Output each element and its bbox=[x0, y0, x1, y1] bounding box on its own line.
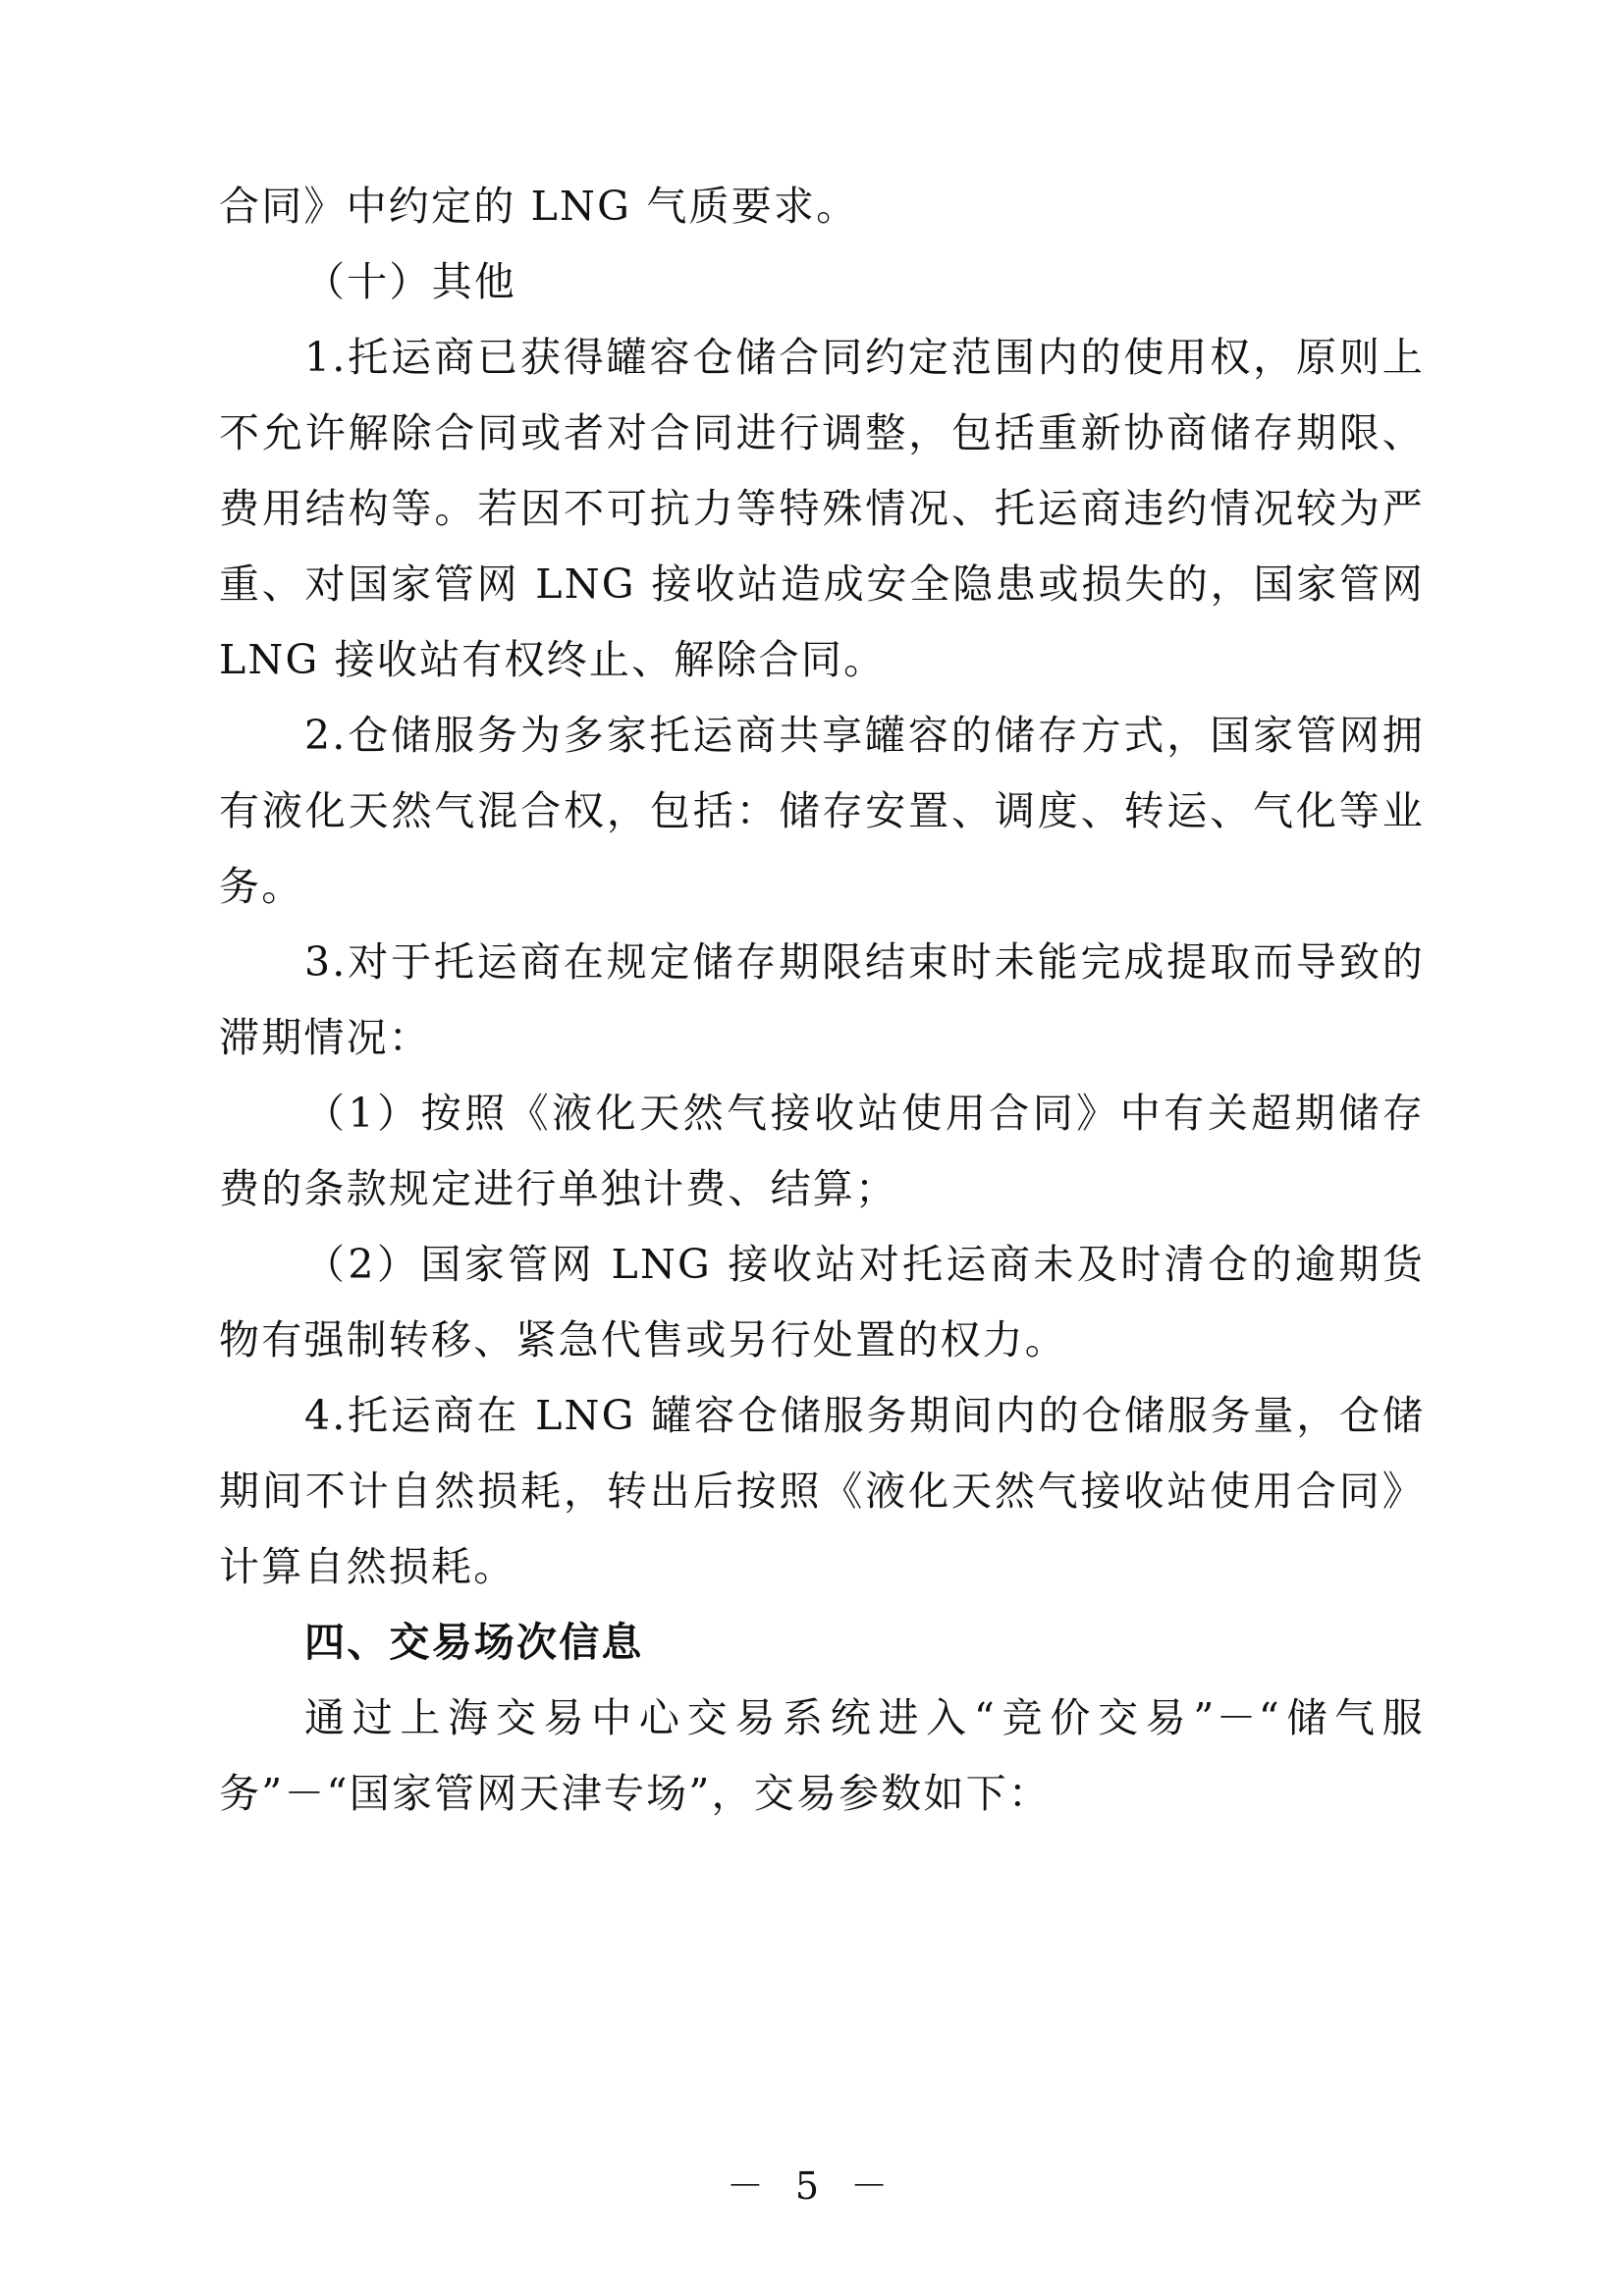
paragraph-contract-gas-quality: 合同》中约定的 LNG 气质要求。 bbox=[219, 169, 1425, 244]
paragraph-item-1-usage-rights: 1.托运商已获得罐容仓储合同约定范围内的使用权，原则上不允许解除合同或者对合同进… bbox=[219, 320, 1425, 698]
paragraph-item-2-shared-storage: 2.仓储服务为多家托运商共享罐容的储存方式，国家管网拥有液化天然气混合权，包括：… bbox=[219, 698, 1425, 925]
page-number: － 5 － bbox=[0, 2156, 1624, 2210]
section-heading-trading-session-info: 四、交易场次信息 bbox=[219, 1605, 1425, 1681]
paragraph-trading-system-path: 通过上海交易中心交易系统进入“竞价交易”－“储气服务”－“国家管网天津专场”，交… bbox=[219, 1681, 1425, 1832]
document-body: 合同》中约定的 LNG 气质要求。 （十）其他 1.托运商已获得罐容仓储合同约定… bbox=[219, 169, 1425, 1832]
paragraph-subitem-1-billing: （1）按照《液化天然气接收站使用合同》中有关超期储存费的条款规定进行单独计费、结… bbox=[219, 1076, 1425, 1227]
paragraph-item-4-natural-loss: 4.托运商在 LNG 罐容仓储服务期间内的仓储服务量，仓储期间不计自然损耗，转出… bbox=[219, 1378, 1425, 1605]
section-heading-other: （十）其他 bbox=[219, 244, 1425, 320]
paragraph-subitem-2-disposal: （2）国家管网 LNG 接收站对托运商未及时清仓的逾期货物有强制转移、紧急代售或… bbox=[219, 1227, 1425, 1378]
document-page: 合同》中约定的 LNG 气质要求。 （十）其他 1.托运商已获得罐容仓储合同约定… bbox=[0, 0, 1624, 2296]
paragraph-item-3-demurrage: 3.对于托运商在规定储存期限结束时未能完成提取而导致的滞期情况： bbox=[219, 925, 1425, 1076]
